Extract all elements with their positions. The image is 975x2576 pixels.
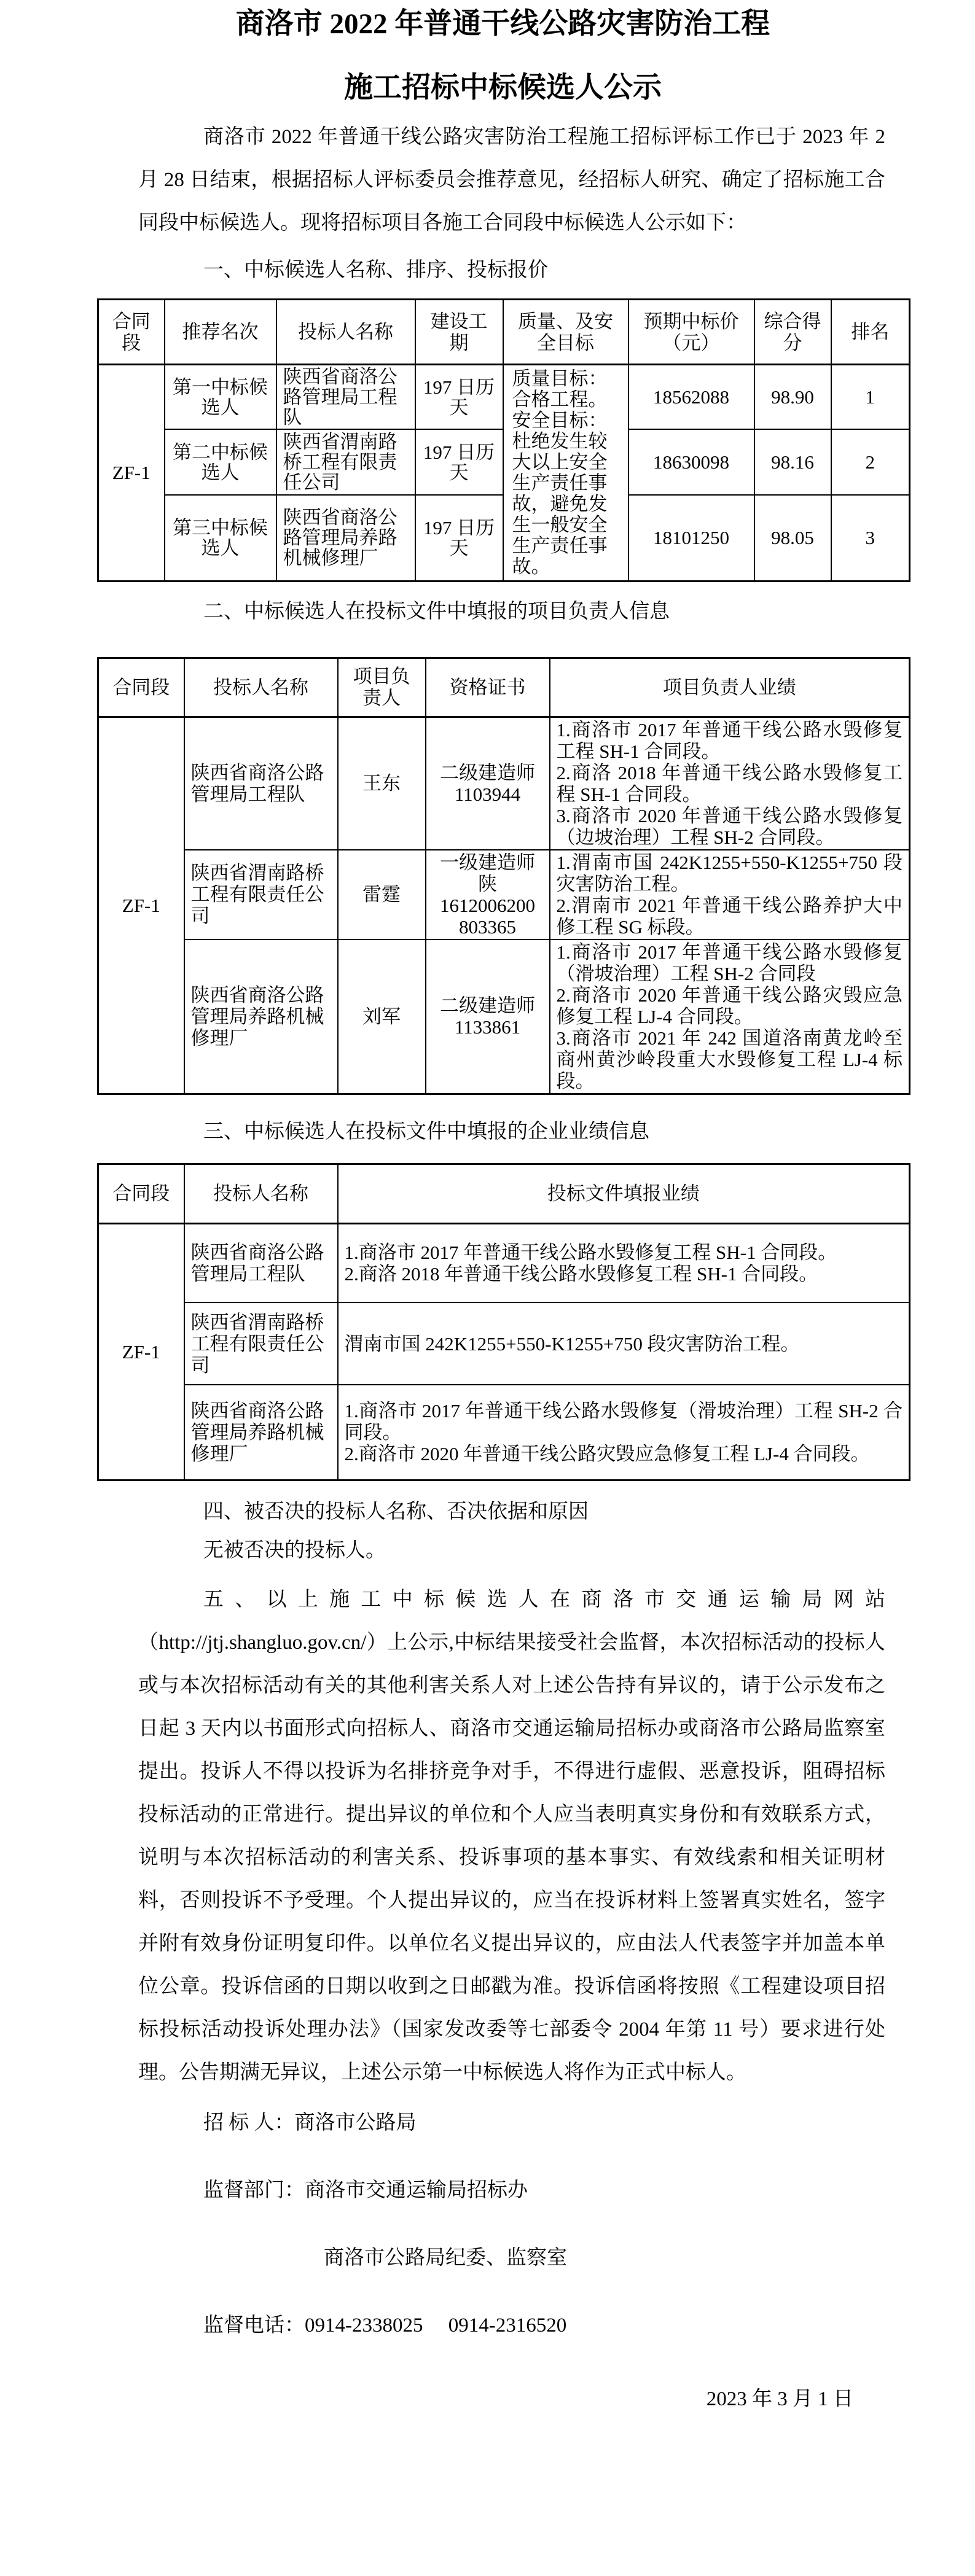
intro-paragraph: 商洛市 2022 年普通干线公路灾害防治工程施工招标评标工作已于 2023 年 … [138,115,885,244]
construction-period-cell: 197 日历天 [415,365,503,430]
performance-item: 1.渭南市国 242K1255+550-K1255+750 段灾害防治工程。 [557,852,903,895]
bidder-name-cell: 陕西省商洛公路管理局养路机械修理厂 [184,940,338,1094]
expected-price-cell: 18101250 [628,495,754,581]
project-manager-cell: 雷霆 [338,850,426,940]
qualification-certificate-cell: 一级建造师 陕 1612006200 803365 [426,850,550,940]
enterprise-performance-table: 合同段 投标人名称 投标文件填报业绩 ZF-1 陕西省商洛公路管理局工程队 1.… [97,1163,910,1481]
composite-score-cell: 98.05 [754,495,831,581]
qualification-certificate-cell: 二级建造师 1133861 [426,940,550,1094]
construction-period-cell: 197 日历天 [415,429,503,495]
col-header-contract-section: 合同段 [98,1164,184,1223]
col-header-composite-score: 综合得分 [754,300,831,365]
manager-performance-cell: 1.商洛市 2017 年普通干线公路水毁修复工程 SH-1 合同段。2.商洛 2… [550,717,910,850]
col-header-rank: 排名 [831,300,910,365]
bidder-name-cell: 陕西省商洛公路管理局养路机械修理厂 [184,1385,338,1480]
performance-item: 1.商洛市 2017 年普通干线公路水毁修复工程 SH-1 合同段。 [345,1242,903,1263]
contract-section-cell: ZF-1 [98,365,165,582]
table-row: ZF-1 第一中标候选人 陕西省商洛公路管理局工程队 197 日历天 质量目标：… [98,365,910,430]
col-header-manager-performance: 项目负责人业绩 [550,658,910,717]
composite-score-cell: 98.16 [754,429,831,495]
bidder-name-cell: 陕西省商洛公路管理局工程队 [184,1223,338,1302]
col-header-bidder-name: 投标人名称 [184,1164,338,1223]
contract-section-cell: ZF-1 [98,1223,184,1480]
performance-item: 2.商洛 2018 年普通干线公路水毁修复工程 SH-1 合同段。 [557,762,903,805]
performance-item: 1.商洛市 2017 年普通干线公路水毁修复（滑坡治理）工程 SH-2 合同段 [557,941,903,984]
bid-document-performance-cell: 1.商洛市 2017 年普通干线公路水毁修复（滑坡治理）工程 SH-2 合同段。… [338,1385,910,1480]
quality-safety-goal-cell: 质量目标：合格工程。安全目标：杜绝发生较大以上安全生产责任事故，避免发生一般安全… [503,365,628,582]
rank-cell: 2 [831,429,910,495]
col-header-bid-document-performance: 投标文件填报业绩 [338,1164,910,1223]
performance-item: 渭南市国 242K1255+550-K1255+750 段灾害防治工程。 [345,1333,903,1355]
bidder-name-cell: 陕西省渭南路桥工程有限责任公司 [184,1302,338,1385]
section4-content: 无被否决的投标人。 [138,1529,885,1572]
contract-section-cell: ZF-1 [98,717,184,1094]
col-header-qualification-certificate: 资格证书 [426,658,550,717]
performance-item: 3.商洛市 2021 年 242 国道洛南黄龙岭至商州黄沙岭段重大水毁修复工程 … [557,1027,903,1092]
performance-item: 1.商洛市 2017 年普通干线公路水毁修复工程 SH-1 合同段。 [557,719,903,762]
supervisor-dept-line: 监督部门：商洛市交通运输局招标办 [138,2169,885,2212]
table-row: 陕西省商洛公路管理局养路机械修理厂 刘军 二级建造师 1133861 1.商洛市… [98,940,910,1094]
document-date: 2023 年 3 月 1 日 [138,2378,853,2421]
section4-heading: 四、被否决的投标人名称、否决依据和原因 [138,1495,885,1529]
page-title-line2: 施工招标中标候选人公示 [97,70,909,106]
col-header-expected-price: 预期中标价（元） [628,300,754,365]
table-row: ZF-1 陕西省商洛公路管理局工程队 1.商洛市 2017 年普通干线公路水毁修… [98,1223,910,1302]
col-header-contract-section: 合同段 [98,658,184,717]
expected-price-cell: 18630098 [628,429,754,495]
rank-cell: 1 [831,365,910,430]
page-title-line1: 商洛市 2022 年普通干线公路灾害防治工程 [97,6,909,42]
composite-score-cell: 98.90 [754,365,831,430]
performance-item: 2.渭南市 2021 年普通干线公路养护大中修工程 SG 标段。 [557,895,903,938]
bid-price-table-header-row: 合同段 推荐名次 投标人名称 建设工期 质量、及安全目标 预期中标价（元） 综合… [98,300,910,365]
supervisor-phone-line: 监督电话：0914-2338025 0914-2316520 [138,2304,885,2347]
supervisor-dept2-line: 商洛市公路局纪委、监察室 [138,2236,885,2279]
enterprise-performance-table-header-row: 合同段 投标人名称 投标文件填报业绩 [98,1164,910,1223]
col-header-bidder-name: 投标人名称 [184,658,338,717]
section1-heading: 一、中标候选人名称、排序、投标报价 [138,253,885,287]
project-manager-table: 合同段 投标人名称 项目负责人 资格证书 项目负责人业绩 ZF-1 陕西省商洛公… [97,657,910,1095]
col-header-project-manager: 项目负责人 [338,658,426,717]
bidder-name-cell: 陕西省商洛公路管理局工程队 [276,365,415,430]
document-page: 商洛市 2022 年普通干线公路灾害防治工程 施工招标中标候选人公示 商洛市 2… [0,0,975,2576]
col-header-construction-period: 建设工期 [415,300,503,365]
col-header-contract-section: 合同段 [98,300,165,365]
project-manager-cell: 刘军 [338,940,426,1094]
manager-performance-cell: 1.渭南市国 242K1255+550-K1255+750 段灾害防治工程。2.… [550,850,910,940]
section5-paragraph: 五、以上施工中标候选人在商洛市交通运输局网站（http://jtj.shangl… [138,1578,885,2094]
recommended-rank-cell: 第二中标候选人 [165,429,276,495]
bidder-name-cell: 陕西省商洛公路管理局养路机械修理厂 [276,495,415,581]
project-manager-table-header-row: 合同段 投标人名称 项目负责人 资格证书 项目负责人业绩 [98,658,910,717]
table-row: 陕西省渭南路桥工程有限责任公司 雷霆 一级建造师 陕 1612006200 80… [98,850,910,940]
rank-cell: 3 [831,495,910,581]
col-header-bidder-name: 投标人名称 [276,300,415,365]
col-header-recommended-rank: 推荐名次 [165,300,276,365]
col-header-quality-safety-goal: 质量、及安全目标 [503,300,628,365]
bid-document-performance-cell: 1.商洛市 2017 年普通干线公路水毁修复工程 SH-1 合同段。2.商洛 2… [338,1223,910,1302]
performance-item: 2.商洛市 2020 年普通干线公路灾毁应急修复工程 LJ-4 合同段。 [345,1443,903,1465]
tenderer-line: 招 标 人：商洛市公路局 [138,2101,885,2144]
bid-price-table: 合同段 推荐名次 投标人名称 建设工期 质量、及安全目标 预期中标价（元） 综合… [97,298,910,582]
bidder-name-cell: 陕西省商洛公路管理局工程队 [184,717,338,850]
section2-heading: 二、中标候选人在投标文件中填报的项目负责人信息 [138,594,885,629]
performance-item: 1.商洛市 2017 年普通干线公路水毁修复（滑坡治理）工程 SH-2 合同段。 [345,1400,903,1443]
section3-heading: 三、中标候选人在投标文件中填报的企业业绩信息 [138,1115,885,1149]
expected-price-cell: 18562088 [628,365,754,430]
project-manager-cell: 王东 [338,717,426,850]
bidder-name-cell: 陕西省渭南路桥工程有限责任公司 [276,429,415,495]
qualification-certificate-cell: 二级建造师 1103944 [426,717,550,850]
table-row: ZF-1 陕西省商洛公路管理局工程队 王东 二级建造师 1103944 1.商洛… [98,717,910,850]
recommended-rank-cell: 第一中标候选人 [165,365,276,430]
recommended-rank-cell: 第三中标候选人 [165,495,276,581]
table-row: 陕西省商洛公路管理局养路机械修理厂 1.商洛市 2017 年普通干线公路水毁修复… [98,1385,910,1480]
construction-period-cell: 197 日历天 [415,495,503,581]
performance-item: 2.商洛市 2020 年普通干线公路灾毁应急修复工程 LJ-4 合同段。 [557,984,903,1027]
table-row: 陕西省渭南路桥工程有限责任公司 渭南市国 242K1255+550-K1255+… [98,1302,910,1385]
performance-item: 2.商洛 2018 年普通干线公路水毁修复工程 SH-1 合同段。 [345,1263,903,1285]
manager-performance-cell: 1.商洛市 2017 年普通干线公路水毁修复（滑坡治理）工程 SH-2 合同段2… [550,940,910,1094]
bidder-name-cell: 陕西省渭南路桥工程有限责任公司 [184,850,338,940]
bid-document-performance-cell: 渭南市国 242K1255+550-K1255+750 段灾害防治工程。 [338,1302,910,1385]
performance-item: 3.商洛市 2020 年普通干线公路水毁修复（边坡治理）工程 SH-2 合同段。 [557,805,903,848]
